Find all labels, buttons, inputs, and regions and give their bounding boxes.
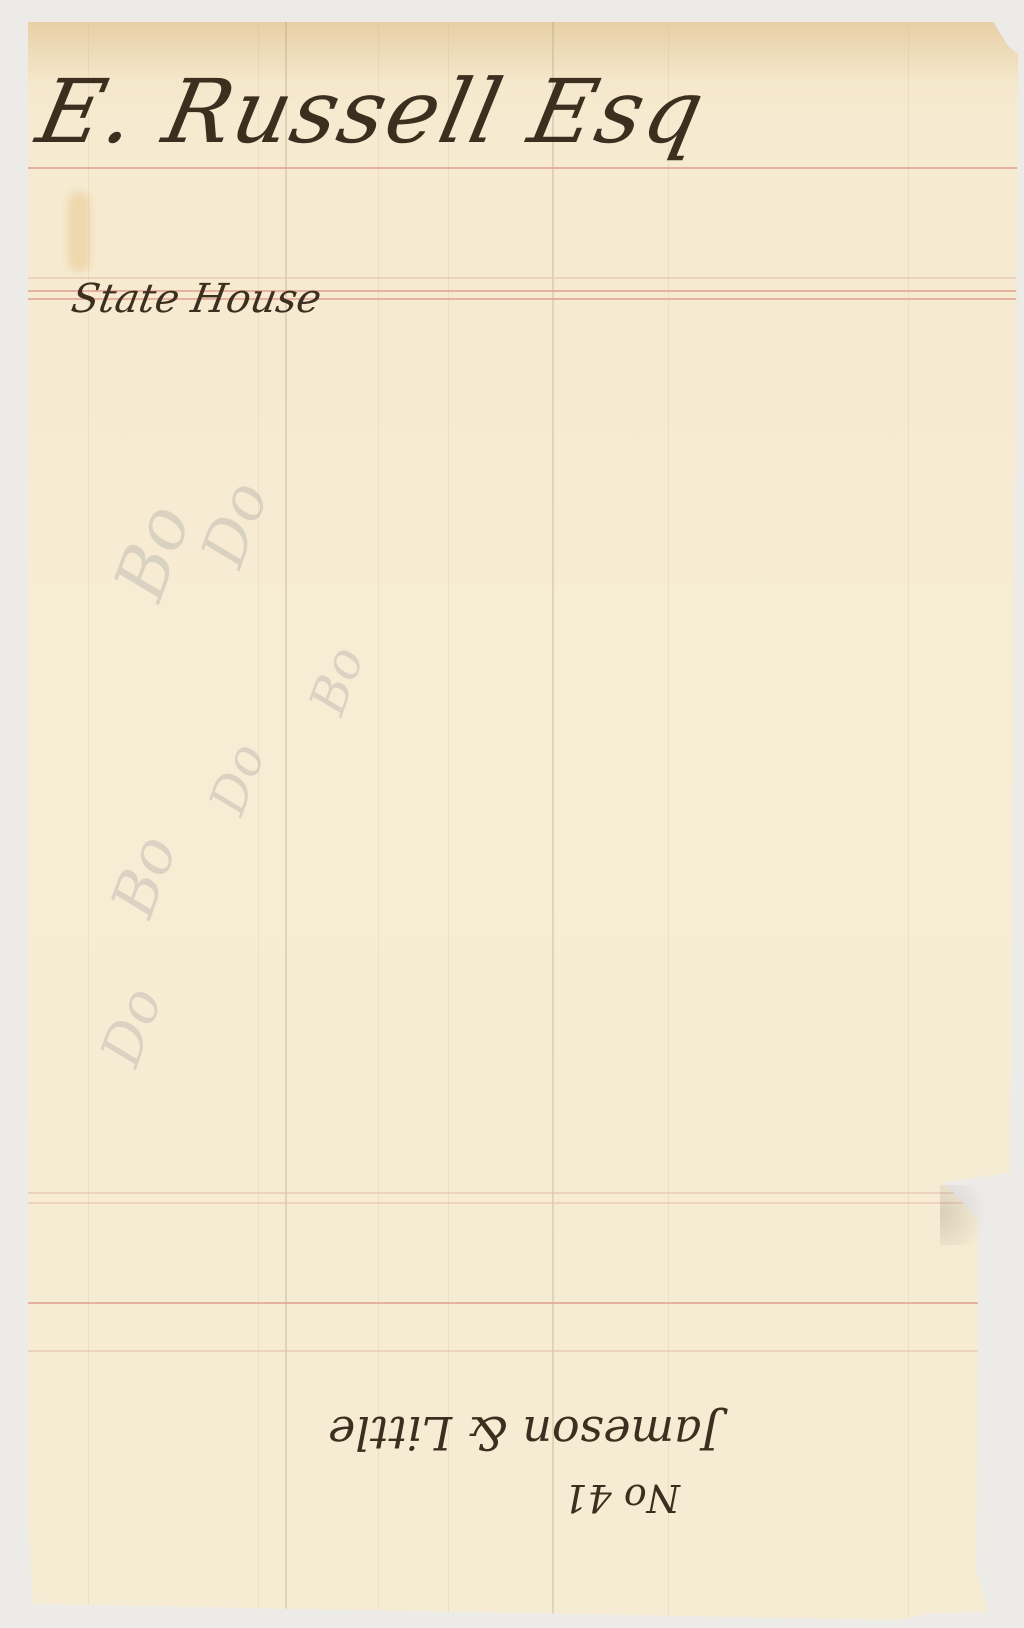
show-through-mark: Do <box>88 979 175 1073</box>
docket-name: Jameson & Little <box>328 1406 720 1460</box>
fold-crease <box>285 22 287 1620</box>
ledger-rule <box>28 1202 1018 1204</box>
column-rule <box>908 22 909 1620</box>
column-rule <box>88 22 89 1620</box>
show-through-mark: Do <box>188 473 283 576</box>
notch-shadow <box>940 1185 1000 1245</box>
ledger-rule <box>28 1302 1018 1304</box>
ledger-rule <box>28 1192 1018 1194</box>
column-rule <box>378 22 379 1620</box>
column-rule <box>258 22 259 1620</box>
show-through-mark: Bo <box>98 827 191 926</box>
docket-number: No 41 <box>563 1476 680 1520</box>
ledger-rule <box>28 167 1018 169</box>
addressee-name: E. Russell Esq <box>29 60 714 163</box>
show-through-mark: Do <box>198 736 277 822</box>
ledger-rule <box>28 1350 1018 1352</box>
show-through-mark: Bo <box>298 639 375 722</box>
docket-endorsement: No 41 Jameson & Little <box>400 1370 720 1530</box>
addressee-location: State House <box>68 276 325 322</box>
age-stain-left <box>68 192 90 272</box>
